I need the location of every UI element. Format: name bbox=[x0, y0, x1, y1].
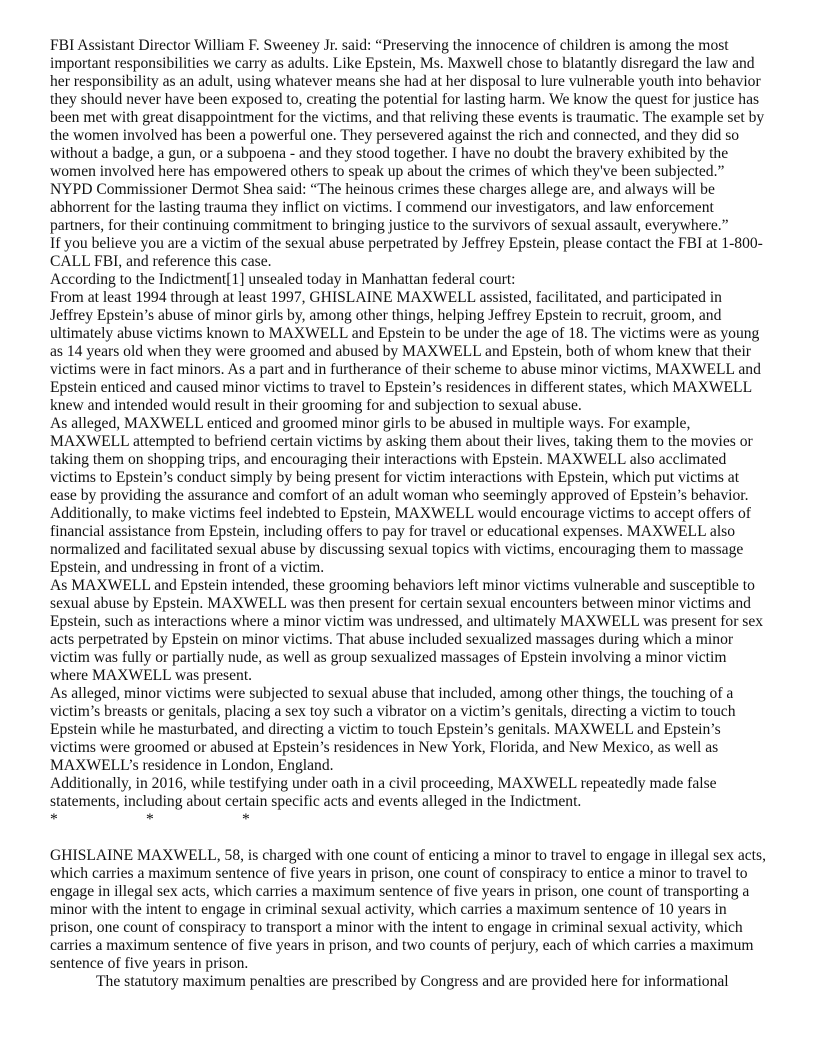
indictment-intro-paragraph: According to the Indictment[1] unsealed … bbox=[50, 271, 766, 289]
document-page: FBI Assistant Director William F. Sweene… bbox=[50, 37, 766, 991]
penalties-paragraph: The statutory maximum penalties are pres… bbox=[50, 973, 766, 991]
nypd-quote-paragraph: NYPD Commissioner Dermot Shea said: “The… bbox=[50, 181, 766, 235]
allegations-paragraph-4: As alleged, minor victims were subjected… bbox=[50, 685, 766, 775]
section-separator: * * * bbox=[50, 811, 766, 829]
perjury-paragraph: Additionally, in 2016, while testifying … bbox=[50, 775, 766, 811]
separator-asterisk: * bbox=[50, 811, 58, 829]
allegations-paragraph-1: From at least 1994 through at least 1997… bbox=[50, 289, 766, 415]
charges-paragraph: GHISLAINE MAXWELL, 58, is charged with o… bbox=[50, 847, 766, 973]
fbi-quote-paragraph: FBI Assistant Director William F. Sweene… bbox=[50, 37, 766, 181]
separator-asterisk: * bbox=[146, 811, 154, 829]
allegations-paragraph-3: As MAXWELL and Epstein intended, these g… bbox=[50, 577, 766, 685]
separator-asterisk: * bbox=[242, 811, 250, 829]
contact-fbi-paragraph: If you believe you are a victim of the s… bbox=[50, 235, 766, 271]
allegations-paragraph-2: As alleged, MAXWELL enticed and groomed … bbox=[50, 415, 766, 577]
blank-line bbox=[50, 829, 766, 847]
